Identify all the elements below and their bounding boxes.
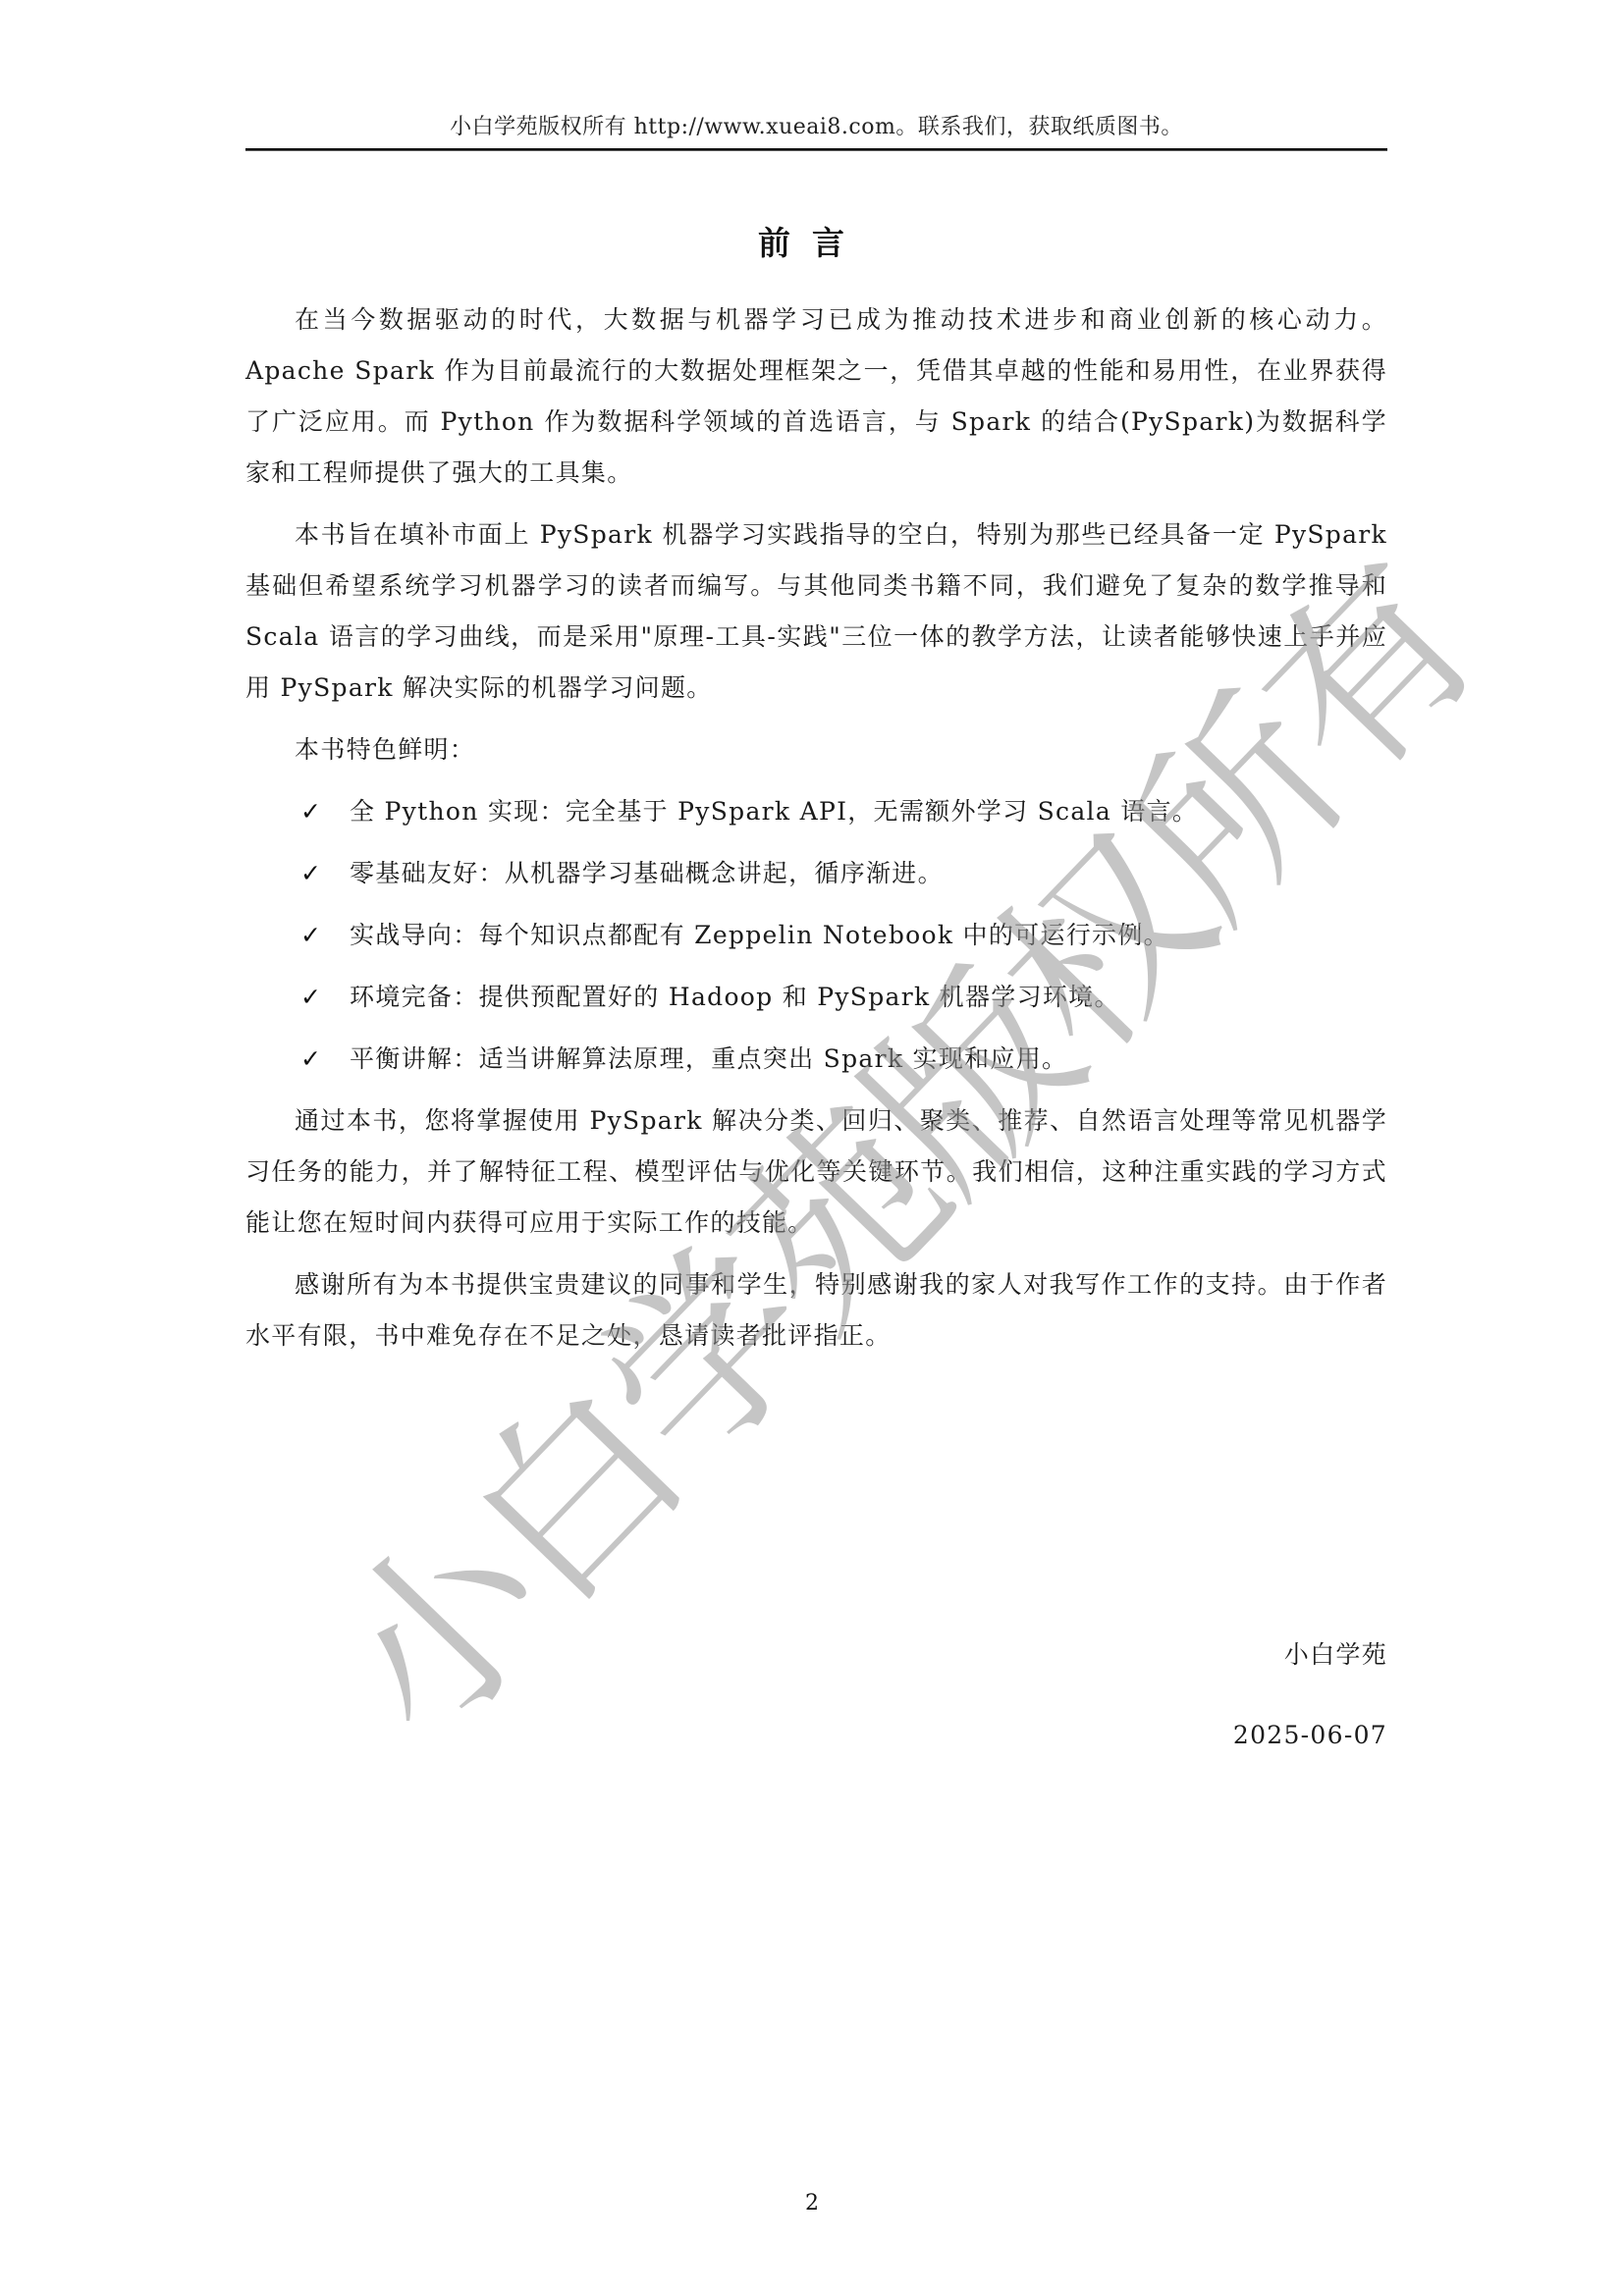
feature-item: ✓ 平衡讲解：适当讲解算法原理，重点突出 Spark 实现和应用。 <box>245 1034 1387 1095</box>
feature-item: ✓ 实战导向：每个知识点都配有 Zeppelin Notebook 中的可运行示… <box>245 910 1387 972</box>
feature-text: 环境完备：提供预配置好的 Hadoop 和 PySpark 机器学习环境。 <box>350 983 1120 1011</box>
feature-list: ✓ 全 Python 实现：完全基于 PySpark API，无需额外学习 Sc… <box>245 786 1387 1095</box>
checkmark-icon: ✓ <box>300 910 322 961</box>
body-text: 在当今数据驱动的时代，大数据与机器学习已成为推动技术进步和商业创新的核心动力。A… <box>245 294 1387 1372</box>
feature-text: 实战导向：每个知识点都配有 Zeppelin Notebook 中的可运行示例。 <box>350 921 1169 949</box>
signature-author: 小白学苑 <box>1080 1629 1387 1681</box>
document-page: 小白学苑版权所有 http://www.xueai8.com。联系我们，获取纸质… <box>0 0 1624 2296</box>
feature-text: 零基础友好：从机器学习基础概念讲起，循序渐进。 <box>350 859 944 887</box>
running-header: 小白学苑版权所有 http://www.xueai8.com。联系我们，获取纸质… <box>245 110 1387 140</box>
checkmark-icon: ✓ <box>300 972 322 1023</box>
feature-item: ✓ 全 Python 实现：完全基于 PySpark API，无需额外学习 Sc… <box>245 786 1387 848</box>
paragraph-intro: 在当今数据驱动的时代，大数据与机器学习已成为推动技术进步和商业创新的核心动力。A… <box>245 294 1387 499</box>
page-number: 2 <box>0 2191 1624 2216</box>
checkmark-icon: ✓ <box>300 1034 322 1085</box>
paragraph-acknowledgements: 感谢所有为本书提供宝贵建议的同事和学生，特别感谢我的家人对我写作工作的支持。由于… <box>245 1259 1387 1362</box>
feature-text: 全 Python 实现：完全基于 PySpark API，无需额外学习 Scal… <box>350 797 1198 826</box>
page-title: 前言 <box>0 218 1624 264</box>
signature-date: 2025-06-07 <box>1080 1710 1387 1761</box>
paragraph-purpose: 本书旨在填补市面上 PySpark 机器学习实践指导的空白，特别为那些已经具备一… <box>245 509 1387 714</box>
paragraph-outcomes: 通过本书，您将掌握使用 PySpark 解决分类、回归、聚类、推荐、自然语言处理… <box>245 1095 1387 1249</box>
checkmark-icon: ✓ <box>300 786 322 837</box>
checkmark-icon: ✓ <box>300 848 322 899</box>
feature-text: 平衡讲解：适当讲解算法原理，重点突出 Spark 实现和应用。 <box>350 1044 1067 1073</box>
feature-item: ✓ 零基础友好：从机器学习基础概念讲起，循序渐进。 <box>245 848 1387 910</box>
features-intro: 本书特色鲜明： <box>245 724 1387 775</box>
feature-item: ✓ 环境完备：提供预配置好的 Hadoop 和 PySpark 机器学习环境。 <box>245 972 1387 1034</box>
header-rule <box>245 148 1387 151</box>
